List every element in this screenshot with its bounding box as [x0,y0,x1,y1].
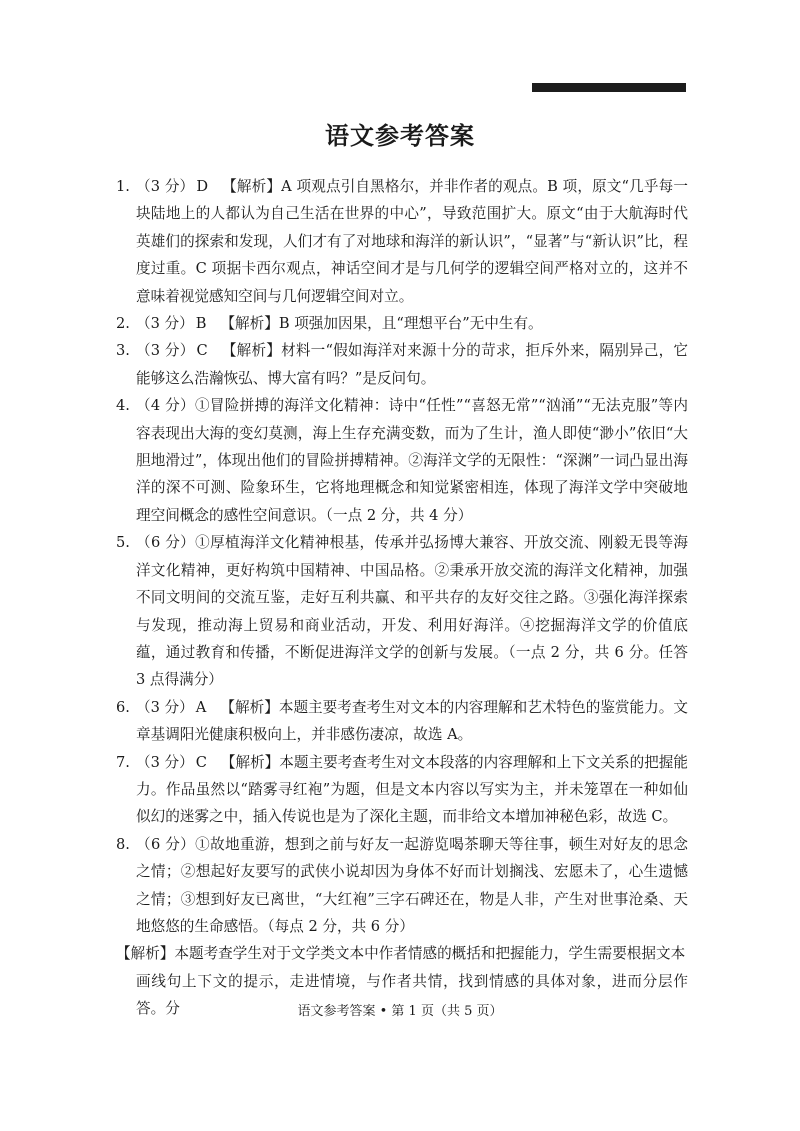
answer-item-8: 8. （6 分）①故地重游，想到之前与好友一起游览喝茶聊天等往事，顿生对好友的思… [116,831,688,941]
analysis-tag: 【解析】 [222,342,281,359]
item-text: ①冒险拼搏的海洋文化精神：诗中“任性”“喜怒无常”“汹涌”“无法克服”等内容表现… [136,397,688,524]
header-decorative-bar [532,83,686,92]
item-answer: A [196,699,207,716]
answer-item-2: 2. （3 分）B【解析】B 项强加因果，且“理想平台”无中生有。 [116,310,688,337]
item-text: A 项观点引自黑格尔，并非作者的观点。B 项，原文“几乎每一块陆地上的人都认为自… [136,178,688,305]
answer-item-3: 3. （3 分）C【解析】材料一“假如海洋对来源十分的苛求，拒斥外来，隔别异己，… [116,337,688,392]
item-score: （3 分） [136,754,194,771]
answer-item-4: 4. （4 分）①冒险拼搏的海洋文化精神：诗中“任性”“喜怒无常”“汹涌”“无法… [116,392,688,529]
item-number: 1. [116,173,130,200]
item-answer: C [196,754,207,771]
item-score: （3 分） [136,178,194,195]
answer-item-1: 1. （3 分）D【解析】A 项观点引自黑格尔，并非作者的观点。B 项，原文“几… [116,173,688,310]
item-score: （6 分） [136,836,195,853]
item-number: 7. [116,749,130,776]
item-answer: D [196,178,208,195]
answer-list: 1. （3 分）D【解析】A 项观点引自黑格尔，并非作者的观点。B 项，原文“几… [116,173,688,1023]
item-score: （3 分） [136,315,194,332]
analysis-tag: 【解析】 [220,315,278,332]
page-footer: 语文参考答案 • 第 1 页（共 5 页） [0,1000,800,1019]
item-answer: C [197,342,208,359]
answer-item-6: 6. （3 分）A【解析】本题主要考查考生对文本的内容理解和艺术特色的鉴赏能力。… [116,694,688,749]
analysis-text: 本题考查学生对于文学类文本中作者情感的概括和把握能力，学生需要根据文本 [174,945,685,962]
item-answer: B [196,315,207,332]
item-score: （4 分） [136,397,195,414]
item-text: ①厚植海洋文化精神根基，传承并弘扬博大兼容、开放交流、刚毅无畏等海洋文化精神，更… [136,534,688,688]
answer-item-7: 7. （3 分）C【解析】本题主要考查考生对文本段落的内容理解和上下文关系的把握… [116,749,688,831]
item-number: 8. [116,831,130,858]
analysis-tag: 【解析】 [221,754,279,771]
item-number: 4. [116,392,130,419]
analysis-tag: 【解析】 [220,699,278,716]
item-score: （3 分） [136,699,194,716]
item-number: 6. [116,694,130,721]
item-score: （6 分） [136,534,195,551]
item-text: 本题主要考查考生对文本段落的内容理解和上下文关系的把握能力。作品虽然以“踏雾寻红… [136,754,688,826]
analysis-tag: 【解析】 [222,178,281,195]
item-text: ①故地重游，想到之前与好友一起游览喝茶聊天等往事，顿生对好友的思念之情；②想起好… [136,836,688,935]
page-title: 语文参考答案 [0,116,800,151]
item-number: 5. [116,529,130,556]
item-text: 材料一“假如海洋对来源十分的苛求，拒斥外来，隔别异己，它能够这么浩瀚恢弘、博大富… [136,342,688,386]
item-text: B 项强加因果，且“理想平台”无中生有。 [279,315,543,332]
analysis-tag: 【解析】 [116,945,174,962]
item-text: 本题主要考查考生对文本的内容理解和艺术特色的鉴赏能力。文章基调阳光健康积极向上，… [136,699,688,743]
item-number: 2. [116,310,130,337]
answer-item-5: 5. （6 分）①厚植海洋文化精神根基，传承并弘扬博大兼容、开放交流、刚毅无畏等… [116,529,688,693]
item-number: 3. [116,337,130,364]
item-score: （3 分） [136,342,195,359]
